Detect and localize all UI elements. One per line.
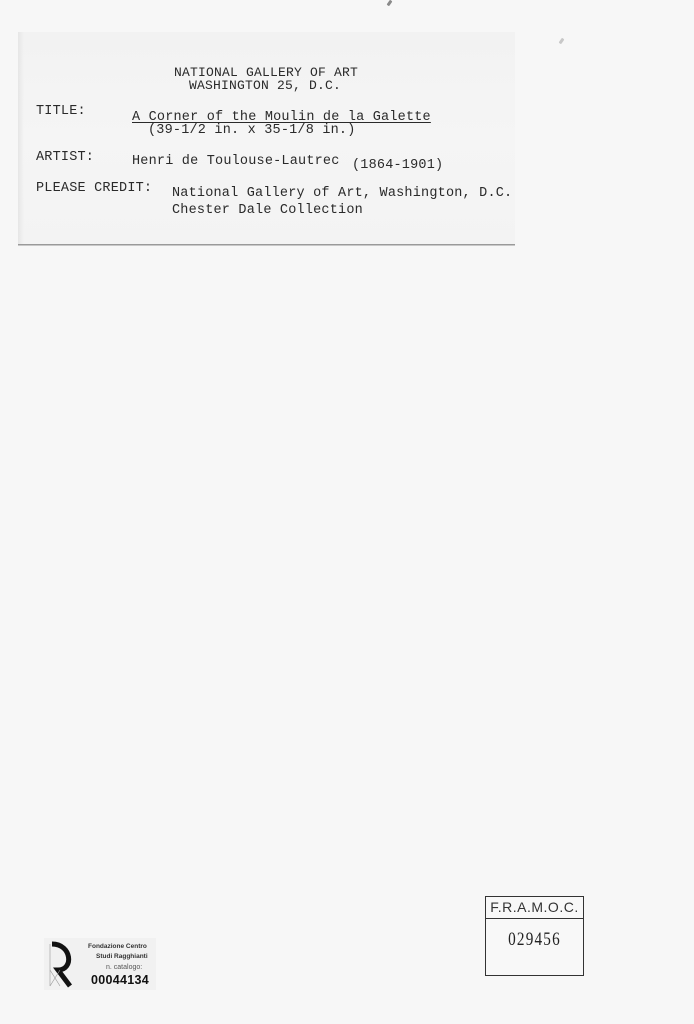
org-name-line-1: Fondazione Centro: [88, 943, 147, 950]
catalog-number: 00044134: [91, 973, 149, 987]
artwork-dimensions: (39-1/2 in. x 35-1/8 in.): [148, 123, 356, 138]
framoc-header: F.R.A.M.O.C.: [486, 897, 583, 919]
label-edge-shade: [18, 32, 24, 244]
title-label: TITLE:: [36, 104, 86, 119]
fsr-r-logo-icon: [46, 940, 76, 988]
artist-label: ARTIST:: [36, 150, 94, 165]
credit-line-2: Chester Dale Collection: [172, 203, 363, 218]
paper-speck: [387, 0, 393, 6]
framoc-stamp: F.R.A.M.O.C. 029456: [485, 896, 584, 976]
artist-name: Henri de Toulouse-Lautrec: [132, 154, 340, 169]
gallery-label: NATIONAL GALLERY OF ART WASHINGTON 25, D…: [18, 32, 515, 245]
org-name-line-2: Studi Ragghianti: [96, 953, 148, 960]
credit-label: PLEASE CREDIT:: [36, 181, 152, 196]
paper-speck: [559, 38, 565, 45]
catalog-sticker: Fondazione Centro Studi Ragghianti n. ca…: [44, 938, 156, 990]
catalog-label: n. catalogo:: [106, 964, 142, 971]
framoc-number: 029456: [496, 929, 574, 951]
artist-dates: (1864-1901): [352, 158, 443, 173]
credit-line-1: National Gallery of Art, Washington, D.C…: [172, 186, 512, 201]
header-line-2: WASHINGTON 25, D.C.: [189, 78, 341, 93]
